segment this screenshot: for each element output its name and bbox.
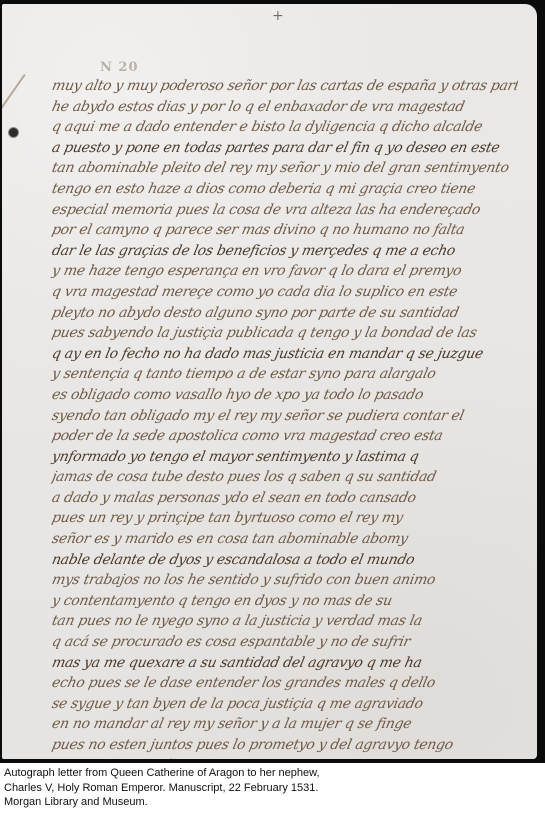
handwritten-line: del hecho q a acá esta pues no se ha dad…	[50, 756, 519, 759]
handwritten-line: q aqui me a dado entender e bisto la dyl…	[50, 117, 519, 138]
caption-line-1: Autograph letter from Queen Catherine of…	[4, 766, 544, 781]
handwritten-line: a puesto y pone en todas partes para dar…	[50, 138, 519, 159]
handwritten-line: especial memoria pues la cosa de vra alt…	[50, 200, 519, 221]
handwritten-line: es obligado como vasallo hyo de xpo ya t…	[50, 385, 519, 406]
margin-flourish	[2, 74, 26, 124]
handwritten-line: dar le las graçias de los beneficios y m…	[50, 241, 519, 262]
handwritten-line: tengo en esto haze a dios como deberia q…	[50, 179, 519, 200]
top-cross-mark: +	[272, 8, 284, 24]
handwritten-line: en no mandar al rey my señor y a la muje…	[50, 714, 519, 735]
handwritten-line: jamas de cosa tube desto pues los q sabe…	[50, 467, 519, 488]
handwritten-line: tan abominable pleito del rey my señor y…	[50, 158, 519, 179]
folio-number-stamp: N 20	[100, 60, 139, 75]
handwritten-line: señor es y marido es en cosa tan abomina…	[50, 529, 519, 550]
handwritten-line: muy alto y muy poderoso señor por las ca…	[50, 76, 519, 97]
handwritten-line: se sygue y tan byen de la poca justiçia …	[50, 694, 519, 715]
handwritten-line: echo pues se le dase entender los grande…	[50, 673, 519, 694]
handwritten-line: y contentamyento q tengo en dyos y no ma…	[50, 591, 519, 612]
handwritten-line: pleyto no abydo desto alguno syno por pa…	[50, 303, 519, 324]
handwritten-line: mys trabajos no los he sentido y sufrido…	[50, 570, 519, 591]
punch-hole	[9, 128, 18, 137]
handwritten-line: q vra magestad mereçe como yo cada dia l…	[50, 282, 519, 303]
handwritten-line: q ay en lo fecho no ha dado mas justicia…	[50, 344, 519, 365]
handwritten-line: poder de la sede apostolica como vra mag…	[50, 426, 519, 447]
handwritten-line: pues sabyendo la justiçia publicada q te…	[50, 323, 519, 344]
handwritten-line: he abydo estos dias y por lo q el enbaxa…	[50, 97, 519, 118]
handwritten-line: y sentençia q tanto tiempo a de estar sy…	[50, 364, 519, 385]
handwritten-line: tan pues no le nyego syno a la justicia …	[50, 611, 519, 632]
caption-line-2: Charles V, Holy Roman Emperor. Manuscrip…	[4, 781, 544, 796]
handwritten-text-block: muy alto y muy poderoso señor por las ca…	[52, 76, 517, 759]
handwritten-line: mas ya me quexare a su santidad del agra…	[50, 653, 519, 674]
caption-line-3: Morgan Library and Museum.	[4, 795, 544, 810]
handwritten-line: pues un rey y prinçipe tan byrtuoso como…	[50, 508, 519, 529]
handwritten-line: por el camyno q parece ser mas divino q …	[50, 220, 519, 241]
handwritten-line: a dado y malas personas ydo el sean en t…	[50, 488, 519, 509]
handwritten-line: q acá se procurado es cosa espantable y …	[50, 632, 519, 653]
handwritten-line: pues no esten juntos pues lo prometyo y …	[50, 735, 519, 756]
manuscript-page: + N 20 muy alto y muy poderoso señor por…	[2, 4, 537, 759]
handwritten-line: nable delante de dyos y escandalosa a to…	[50, 550, 519, 571]
image-caption: Autograph letter from Queen Catherine of…	[4, 766, 544, 810]
handwritten-line: ynformado yo tengo el mayor sentimyento …	[50, 447, 519, 468]
handwritten-line: y me haze tengo esperança en vro favor q…	[50, 261, 519, 282]
handwritten-line: syendo tan obligado my el rey my señor s…	[50, 406, 519, 427]
manuscript-photo: + N 20 muy alto y muy poderoso señor por…	[0, 0, 545, 763]
